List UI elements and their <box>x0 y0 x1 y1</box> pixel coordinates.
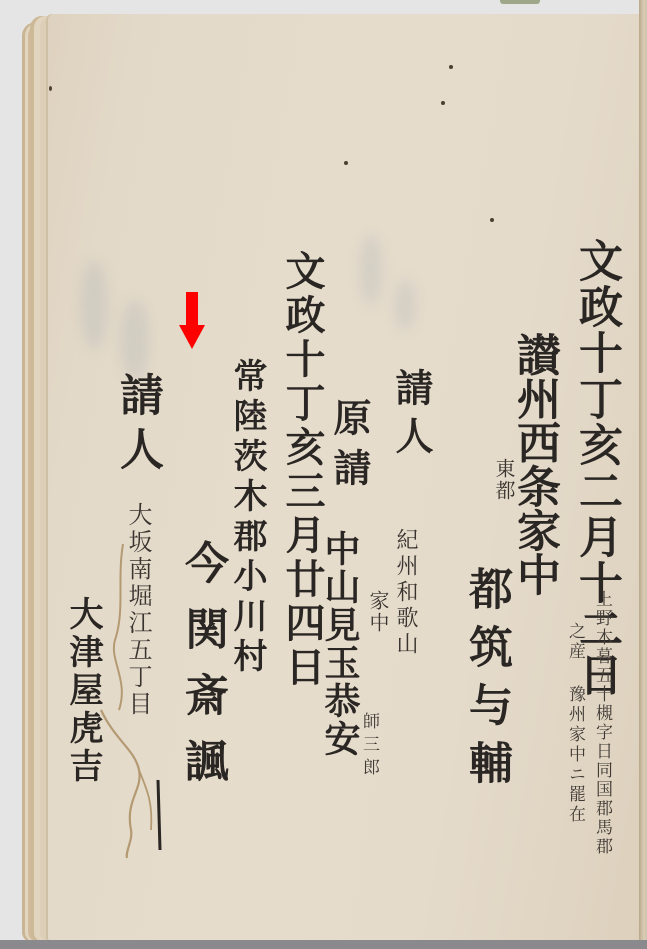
ink-bleed <box>360 235 382 305</box>
column-original-request-label: 原請 <box>330 398 368 498</box>
column-guarantor-detail: 紀州和歌山 <box>394 528 416 658</box>
column-sender-origin: 東都 <box>494 458 514 502</box>
paper-speck <box>344 161 348 165</box>
column-sender-name: 都筑与輔 <box>464 566 508 798</box>
column-guarantor2-address: 大坂南堀江五丁目 <box>126 502 150 718</box>
page-right-edge <box>639 0 647 940</box>
column-original-request-note: 師三郎 <box>360 712 377 781</box>
column-sender-domain: 讃州西条家中 <box>512 332 556 596</box>
column-guarantor-detail-b: 家中 <box>368 590 388 634</box>
paper-speck <box>490 218 494 222</box>
paper-speck <box>449 65 453 69</box>
column-sender-annotation-a: 上野木暮五十槻字日同国郡馬郡 <box>593 590 610 856</box>
column-original-request-name: 中山見玉恭安 <box>322 530 358 758</box>
ink-bleed <box>395 280 415 330</box>
column-place: 常陸茨木郡小川村 <box>230 358 264 678</box>
paper-speck <box>49 86 52 91</box>
scanned-document-scene: 文政十丁亥二月十二日 讃州西条家中 東都 都筑与輔 上野木暮五十槻字日同国郡馬郡… <box>0 0 647 949</box>
paper-speck <box>441 101 445 105</box>
binding-tab <box>500 0 540 4</box>
ink-bleed <box>80 260 108 350</box>
column-guarantor2-name: 大津屋虎吉 <box>66 596 100 786</box>
column-second-date: 文政十丁亥三月廿四日 <box>282 250 322 690</box>
column-sender-annotation-b: 之産 豫州家中ニ罷在 <box>566 622 583 825</box>
bottom-shadow <box>0 940 647 949</box>
column-guarantor2-label: 請人 <box>115 372 159 480</box>
red-down-arrow-icon <box>179 292 205 350</box>
ink-bleed <box>120 300 150 380</box>
column-person: 今関斎諷 <box>180 540 224 804</box>
column-guarantor-label: 請人 <box>392 368 430 464</box>
